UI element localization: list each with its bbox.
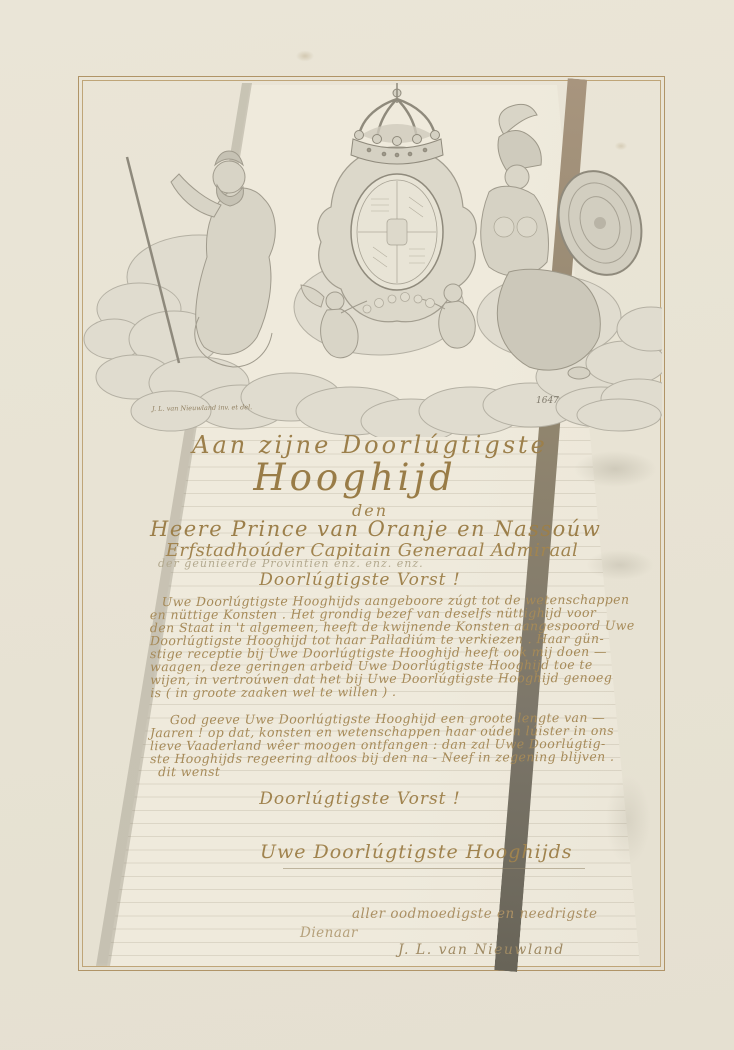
paragraph-line: is ( in groote zaaken wel te willen ) . (150, 684, 602, 699)
dedication-line: Aan zijne Doorlúgtigste (160, 431, 580, 459)
paragraph-1: Uwe Doorlúgtigste Hooghijds aangeboore z… (150, 593, 603, 699)
foxing-spot (292, 48, 318, 64)
paragraph-line-dit-wenst: dit wenst (150, 763, 602, 778)
wash-stain (598, 760, 658, 880)
closing-from: Uwe Doorlúgtigste Hooghijds (260, 841, 570, 863)
valediction-line-1: aller oodmoedigste en needrigste (352, 906, 598, 922)
title-hooghijd: Hooghijd (140, 456, 570, 499)
closing-salutation: Doorlúgtigste Vorst ! (150, 789, 570, 809)
titles-pencil-line: der geünieerde Provintien enz. enz. enz. (158, 557, 424, 570)
addressee-line: Heere Prince van Oranje en Nassoúw (150, 517, 594, 541)
closing-underline (283, 868, 585, 869)
paragraph-2: God geeve Uwe Doorlúgtigste Hooghijd een… (150, 711, 602, 778)
inventory-number: 1647 (536, 396, 559, 406)
salutation: Doorlúgtigste Vorst ! (150, 570, 570, 590)
signature: J. L. van Nieuwland (398, 942, 565, 958)
foxing-spot (612, 140, 630, 152)
valediction-line-2: Dienaar (300, 925, 358, 941)
scanned-dedication-drawing: Aan zijne Doorlúgtigste Hooghijd den Hee… (0, 0, 734, 1050)
